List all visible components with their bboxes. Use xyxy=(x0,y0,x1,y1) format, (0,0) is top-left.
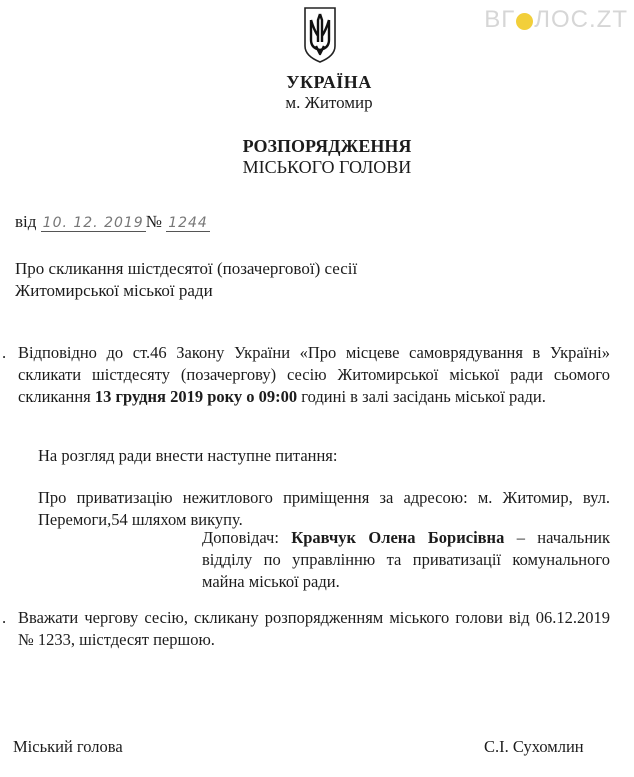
speaker-block: Доповідач: Кравчук Олена Борисівна – нач… xyxy=(202,527,610,593)
handwritten-number: 1244 xyxy=(166,215,210,232)
site-watermark: ВГ ЛОС.ZT xyxy=(484,6,628,34)
signatory-title: Міський голова xyxy=(13,737,123,757)
date-prefix: від xyxy=(15,212,36,231)
handwritten-date: 10. 12. 2019 xyxy=(41,215,146,232)
clause-2-text: Вважати чергову сесію, скликану розпоряд… xyxy=(2,607,610,651)
session-date-time: 13 грудня 2019 року о 09:00 xyxy=(95,387,297,406)
signatory-name: С.І. Сухомлин xyxy=(484,737,584,757)
trident-coat-of-arms-icon xyxy=(303,6,337,64)
clause-1-marker: . xyxy=(2,342,6,364)
document-type-heading: РОЗПОРЯДЖЕННЯ xyxy=(10,136,634,157)
clause-2: . Вважати чергову сесію, скликану розпор… xyxy=(2,607,610,651)
signal-dot-icon xyxy=(516,13,533,30)
agenda-intro: На розгляд ради внести наступне питання: xyxy=(38,446,337,466)
watermark-suffix: ЛОС.ZT xyxy=(534,6,628,34)
city-heading: м. Житомир xyxy=(12,93,634,113)
document-date-line: від 10. 12. 2019№ 1244 xyxy=(15,212,210,232)
speaker-name: Кравчук Олена Борисівна xyxy=(291,528,504,547)
issuer-heading: МІСЬКОГО ГОЛОВИ xyxy=(10,157,634,178)
speaker-label: Доповідач: xyxy=(202,528,291,547)
agenda-item: Про приватизацію нежитлового приміщення … xyxy=(38,487,610,531)
document-subject: Про скликання шістдесятої (позачергової)… xyxy=(15,258,357,302)
subject-line-1: Про скликання шістдесятої (позачергової)… xyxy=(15,258,357,280)
clause-1-text: Відповідно до ст.46 Закону України «Про … xyxy=(2,342,610,408)
watermark-prefix: ВГ xyxy=(484,6,515,34)
number-prefix: № xyxy=(146,212,162,231)
clause-1-text-end: годині в залі засідань міської ради. xyxy=(297,387,546,406)
clause-1: . Відповідно до ст.46 Закону України «Пр… xyxy=(2,342,610,408)
clause-2-marker: . xyxy=(2,607,6,629)
country-heading: УКРАЇНА xyxy=(12,72,634,93)
subject-line-2: Житомирської міської ради xyxy=(15,280,357,302)
